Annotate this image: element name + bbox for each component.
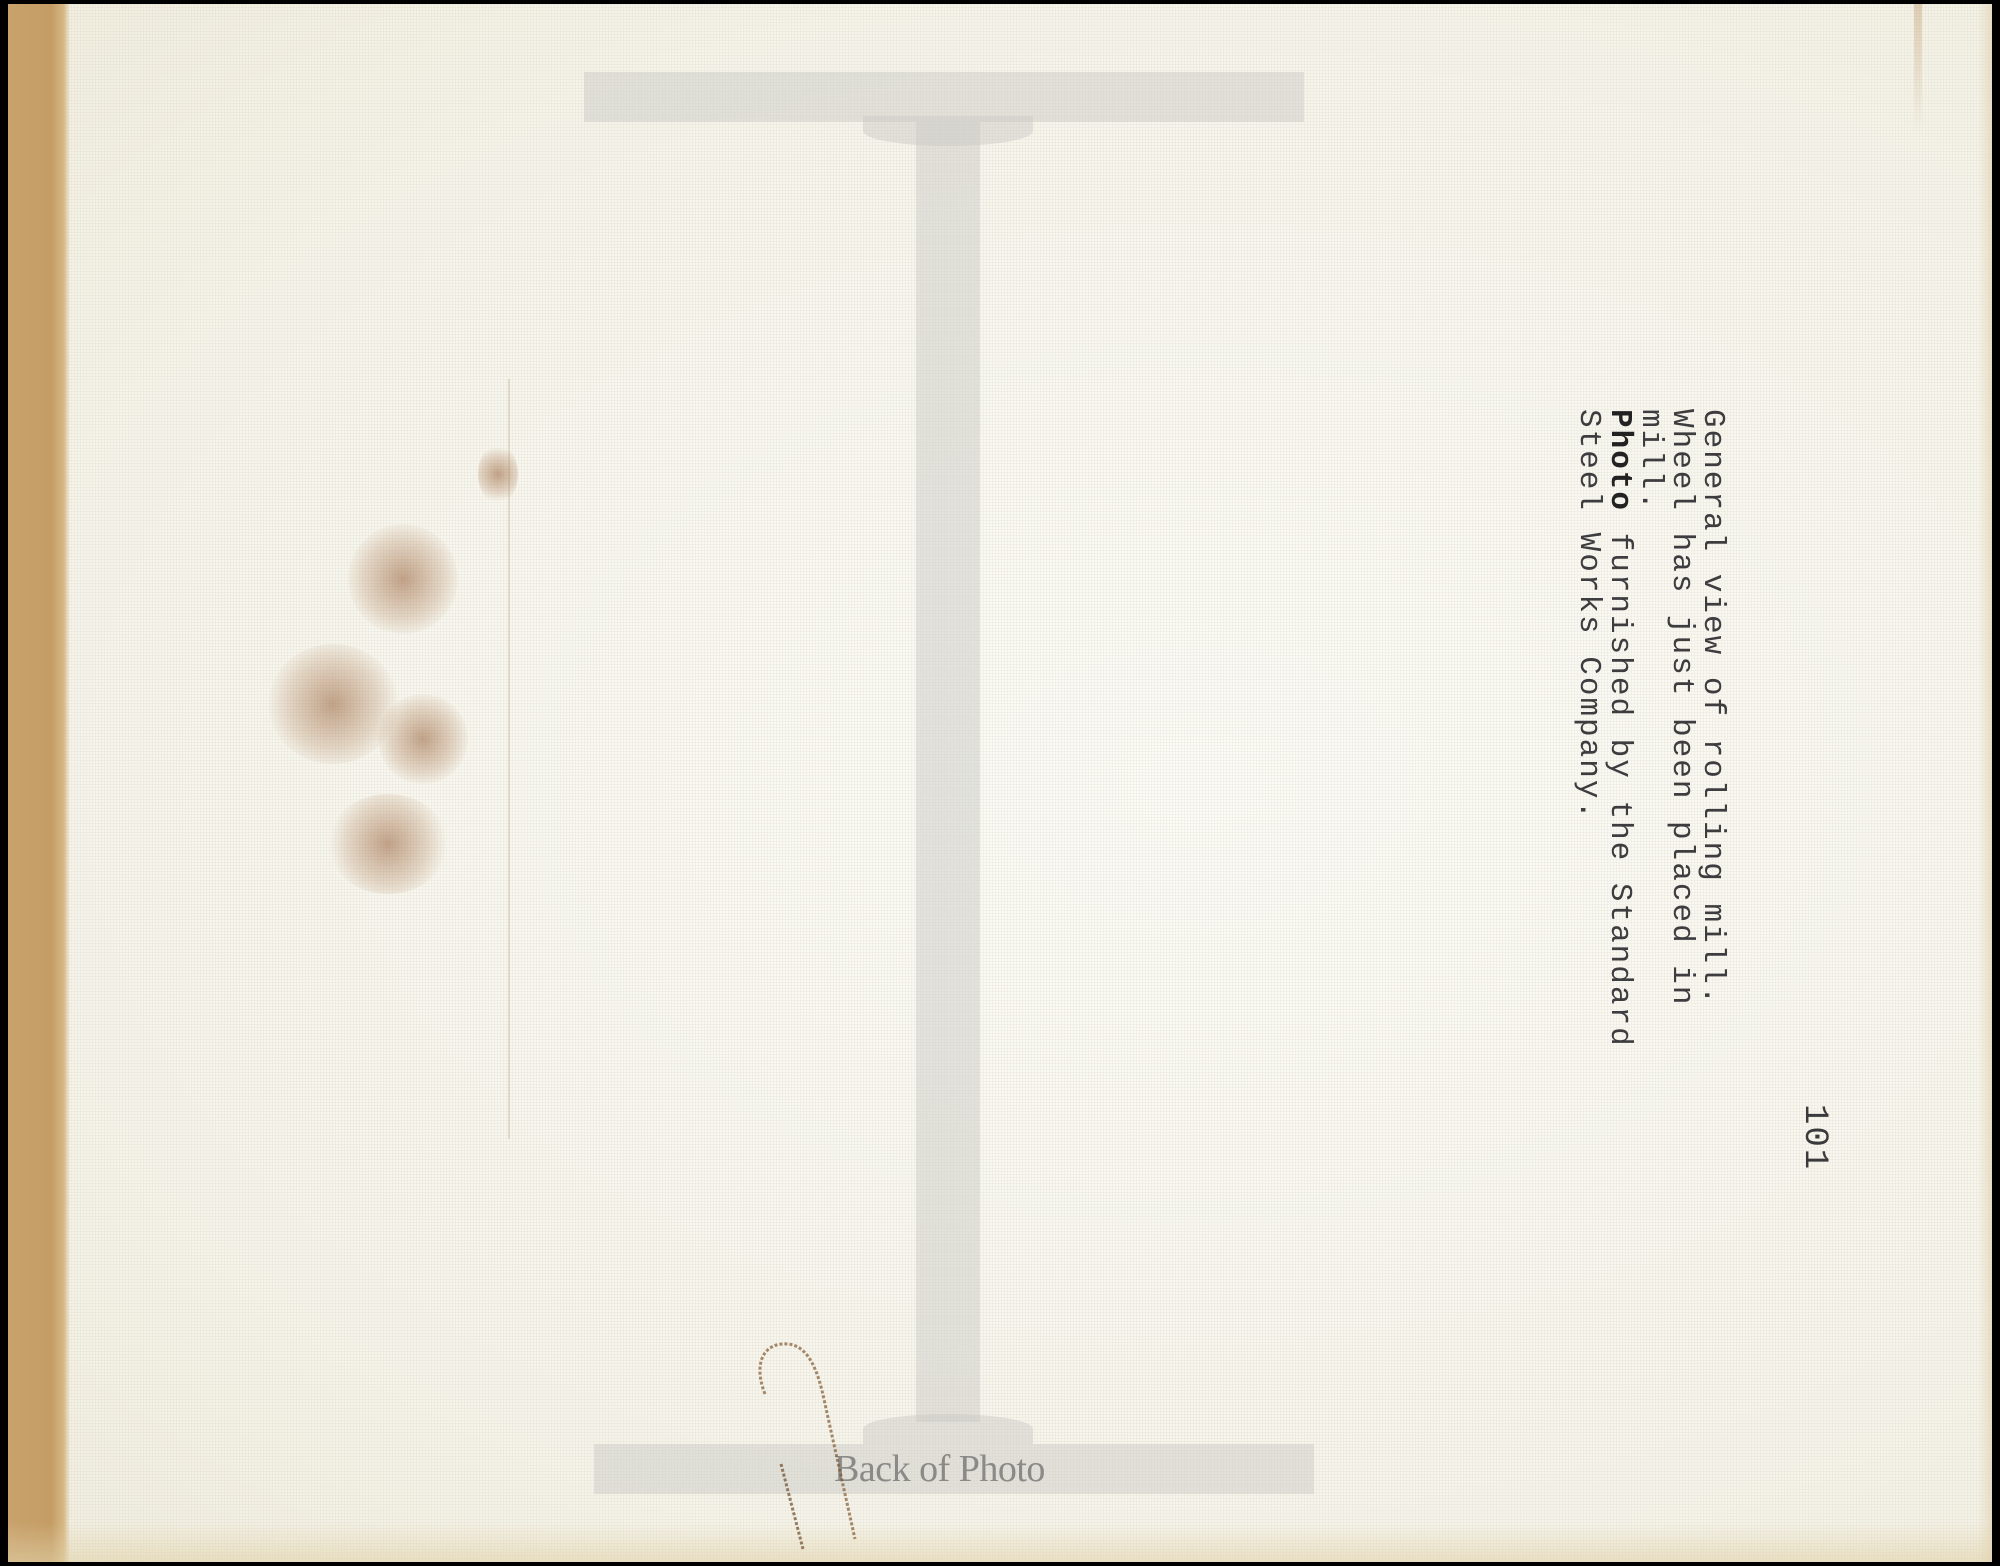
right-edge [1978, 4, 1992, 1562]
rust-stain [478, 444, 518, 504]
bottom-discoloration [8, 1522, 1992, 1562]
caption-line: General view of rolling mill. [1697, 409, 1728, 1109]
caption-line-rest: furnished by the Standard [1602, 533, 1637, 1048]
page-number: 101 [1795, 1104, 1833, 1171]
caption-line: mill. [1635, 409, 1666, 1109]
caption-bold-word: Photo [1602, 409, 1637, 512]
right-stain [1914, 4, 1922, 134]
rust-stain [348, 524, 458, 634]
caption-line: Photo furnished by the Standard [1604, 409, 1635, 1109]
caption-line: Steel Works Company. [1573, 409, 1604, 1109]
rust-stain [328, 794, 448, 894]
typed-caption: General view of rolling mill. Wheel has … [1538, 409, 1728, 1109]
photo-back-sheet: Back of Photo General view of rolling mi… [8, 4, 1992, 1562]
rust-stain [378, 694, 468, 784]
paperclip-rust-mark-icon [743, 1324, 863, 1554]
left-tape-strip [8, 4, 70, 1562]
ibeam-watermark-web [916, 122, 980, 1422]
caption-line: Wheel has just been placed in [1666, 409, 1697, 1109]
watermark-label: Back of Photo [834, 1444, 1074, 1494]
ibeam-watermark-fillet [863, 1414, 1033, 1444]
ibeam-watermark-top-flange [584, 72, 1304, 122]
